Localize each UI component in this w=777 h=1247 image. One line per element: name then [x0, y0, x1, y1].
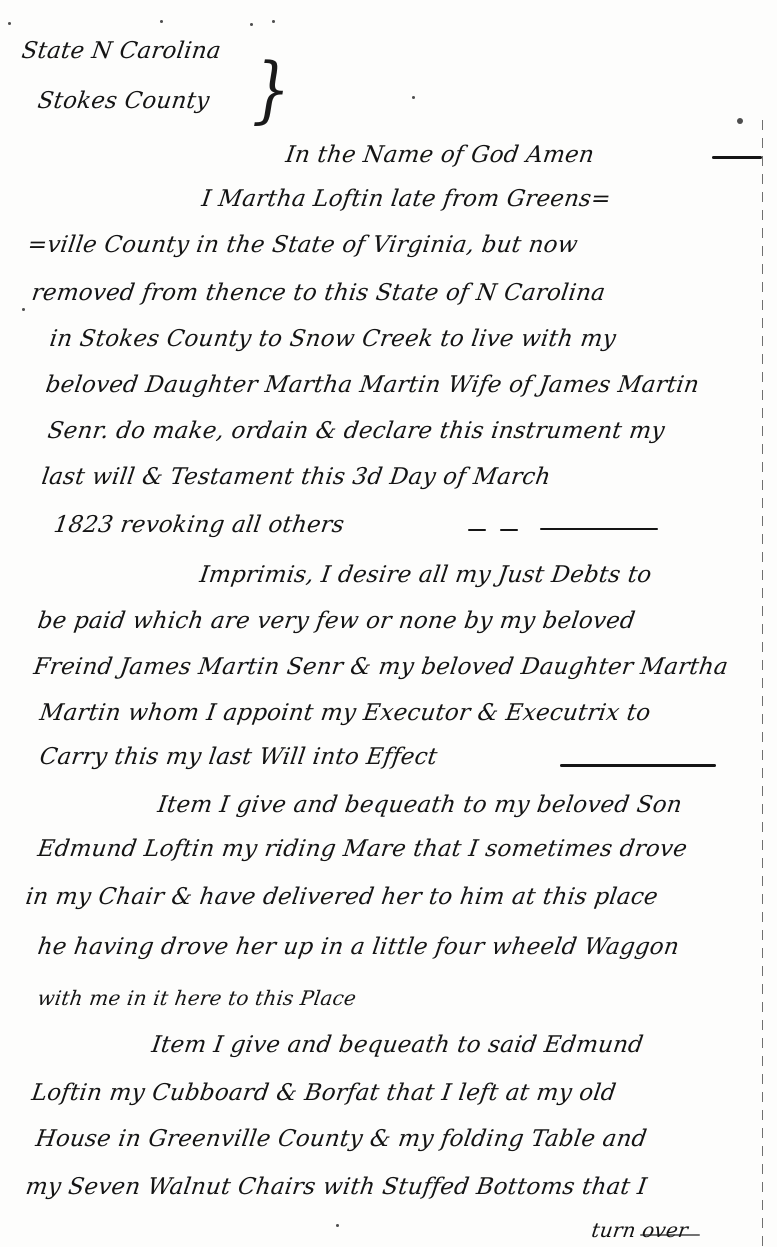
text-line-8: 1823 revoking all others: [52, 512, 346, 538]
text-line-9: Imprimis, I desire all my Just Debts to: [198, 562, 653, 588]
scan-speck: [412, 96, 415, 99]
scan-speck: [250, 23, 253, 26]
filler-dash-3: [540, 528, 658, 530]
scan-speck: [160, 20, 163, 23]
scanned-manuscript-page: State N Carolina } Stokes County In the …: [0, 0, 777, 1247]
right-margin-rule: [762, 120, 763, 1247]
text-line-20: Loftin my Cubboard & Borfat that I left …: [30, 1080, 618, 1106]
scan-speck: [22, 308, 25, 311]
text-line-11: Freind James Martin Senr & my beloved Da…: [32, 654, 730, 680]
text-line-4: in Stokes County to Snow Creek to live w…: [48, 326, 618, 352]
heading-state: State N Carolina: [20, 38, 223, 64]
invocation-line: In the Name of God Amen: [284, 142, 596, 168]
text-line-22: my Seven Walnut Chairs with Stuffed Bott…: [24, 1174, 649, 1200]
turn-over-underline: [640, 1234, 700, 1236]
filler-dash-1: [468, 529, 486, 531]
text-line-13: Carry this my last Will into Effect: [38, 744, 439, 770]
text-line-3: removed from thence to this State of N C…: [30, 280, 607, 306]
turn-over-note: turn over: [590, 1218, 690, 1242]
text-line-21: House in Greenville County & my folding …: [34, 1126, 648, 1152]
scan-speck: [8, 22, 11, 25]
text-line-16: in my Chair & have delivered her to him …: [24, 884, 660, 910]
text-line-18: with me in it here to this Place: [36, 986, 358, 1010]
effect-dash: [560, 764, 716, 767]
scan-speck: [737, 118, 743, 124]
text-line-5: beloved Daughter Martha Martin Wife of J…: [44, 372, 701, 398]
heading-county: Stokes County: [36, 88, 211, 114]
text-line-7: last will & Testament this 3d Day of Mar…: [40, 464, 552, 490]
text-line-17: he having drove her up in a little four …: [36, 934, 681, 960]
text-line-1: I Martha Loftin late from Greens=: [200, 186, 613, 212]
text-line-10: be paid which are very few or none by my…: [36, 608, 637, 634]
text-line-2: =ville County in the State of Virginia, …: [26, 232, 580, 258]
filler-dash-2: [500, 529, 518, 531]
invocation-dash: [712, 156, 762, 159]
text-line-15: Edmund Loftin my riding Mare that I some…: [36, 836, 689, 862]
text-line-14: Item I give and bequeath to my beloved S…: [156, 792, 684, 818]
heading-brace: }: [252, 48, 290, 132]
scan-speck: [336, 1224, 339, 1227]
text-line-12: Martin whom I appoint my Executor & Exec…: [38, 700, 652, 726]
text-line-19: Item I give and bequeath to said Edmund: [150, 1032, 645, 1058]
text-line-6: Senr. do make, ordain & declare this ins…: [46, 418, 666, 444]
scan-speck: [272, 20, 275, 23]
